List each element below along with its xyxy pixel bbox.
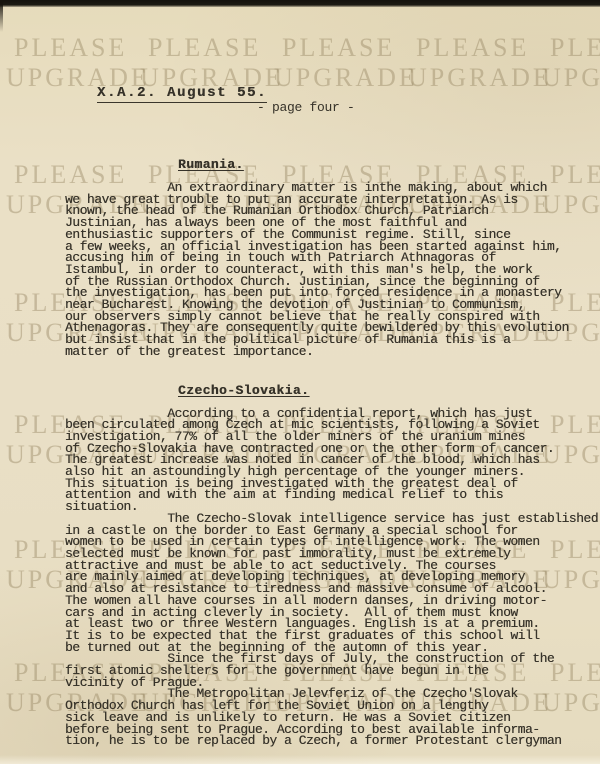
paragraph: The Metropolitan Jelevferiz of the Czech… [65, 688, 595, 747]
text-line: matter of the greatest importance. [65, 346, 595, 358]
document-reference: X.A.2. August 55. [97, 85, 267, 103]
paragraph: Since the first days of July, the constr… [65, 653, 595, 688]
text-line: attention and with the aim at finding me… [65, 489, 595, 501]
page-number-label: - page four - [257, 100, 355, 115]
section-heading: Czecho-Slovakia. [178, 384, 595, 397]
paragraph: According to a confidential report, whic… [65, 408, 595, 513]
section-heading: Rumania. [178, 158, 595, 171]
document-content: X.A.2. August 55. - page four - Rumania.… [0, 0, 600, 764]
document-body: Rumania. An extraordinary matter is inth… [65, 158, 595, 747]
paragraph: The Czecho-Slovak intelligence service h… [65, 513, 595, 653]
scanned-document-page: PLEASEPLEASEPLEASEPLEASEPLEASEUPGRADEUPG… [0, 0, 600, 764]
paragraph: An extraordinary matter is inthe making,… [65, 182, 595, 358]
text-line: tion, he is to be replaced by a Czech, a… [65, 735, 595, 747]
